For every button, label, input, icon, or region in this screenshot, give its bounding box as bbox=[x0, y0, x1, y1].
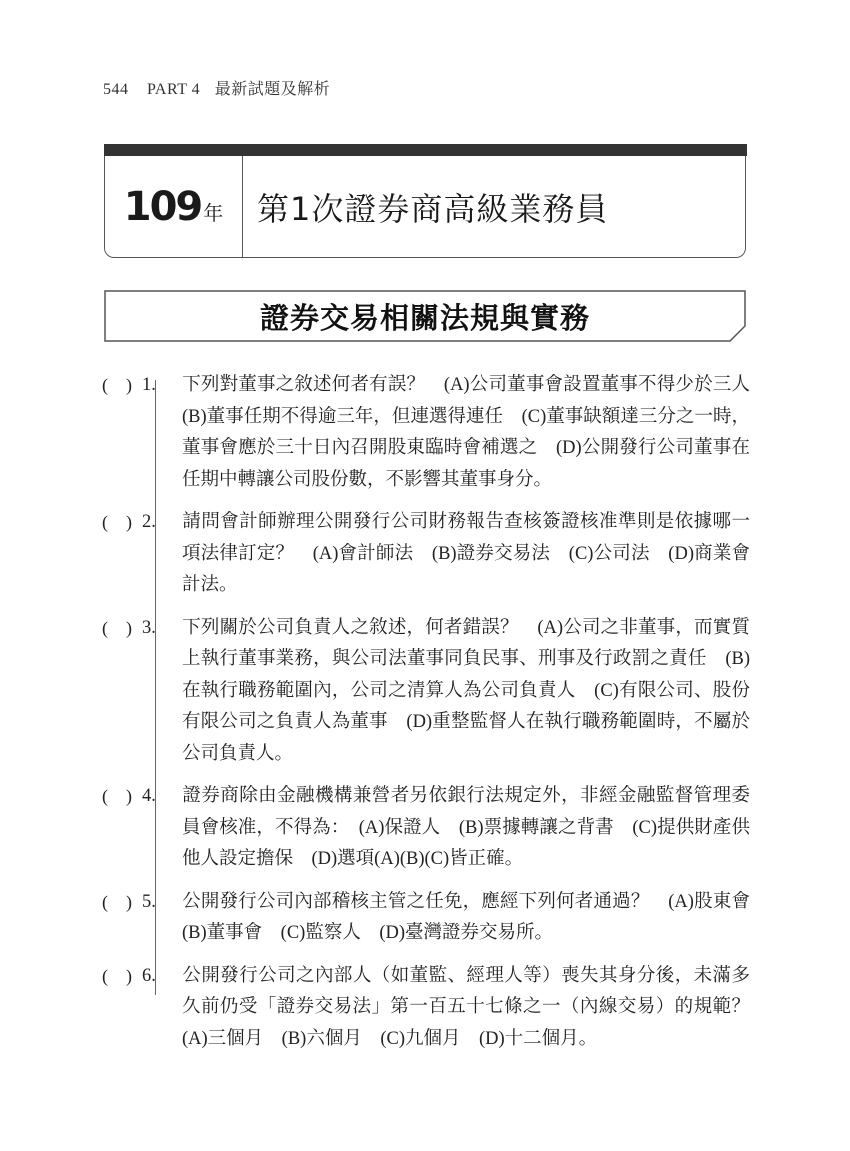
question-number: 5. bbox=[162, 887, 182, 919]
question-text: 證券商除由金融機構兼營者另依銀行法規定外，非經金融監督管理委員會核准，不得為： … bbox=[182, 786, 750, 869]
year-cell: 109 年 bbox=[105, 156, 243, 257]
question-text: 請問會計師辦理公開發行公司財務報告查核簽證核准準則是依據哪一項法律訂定？ (A)… bbox=[182, 512, 750, 595]
header-bar bbox=[104, 144, 747, 156]
question-item: ( ) 1.下列對董事之敘述何者有誤？ (A)公司董事會設置董事不得少於三人 (… bbox=[100, 370, 750, 496]
question-item: ( ) 5.公開發行公司內部稽核主管之任免，應經下列何者通過？ (A)股東會 (… bbox=[100, 887, 750, 950]
subject-title: 證券交易相關法規與實務 bbox=[104, 290, 746, 342]
question-number: 2. bbox=[162, 507, 182, 539]
running-head: 544 PART 4 最新試題及解析 bbox=[103, 76, 330, 99]
year-number: 109 bbox=[124, 184, 202, 230]
question-item: ( ) 3.下列關於公司負責人之敘述，何者錯誤？ (A)公司之非董事，而實質上執… bbox=[100, 613, 750, 771]
part-label: PART 4 bbox=[147, 81, 200, 98]
year-suffix: 年 bbox=[203, 197, 223, 226]
exam-name: 第1次證券商高級業務員 bbox=[257, 156, 608, 257]
question-number: 4. bbox=[162, 781, 182, 813]
question-number: 1. bbox=[162, 370, 182, 402]
question-number: 3. bbox=[162, 613, 182, 645]
page-number: 544 bbox=[103, 81, 129, 98]
question-number: 6. bbox=[162, 961, 182, 993]
question-item: ( ) 4.證券商除由金融機構兼營者另依銀行法規定外，非經金融監督管理委員會核准… bbox=[100, 781, 750, 876]
question-item: ( ) 6.公開發行公司之內部人（如董監、經理人等）喪失其身分後，未滿多久前仍受… bbox=[100, 961, 750, 1056]
question-text: 下列對董事之敘述何者有誤？ (A)公司董事會設置董事不得少於三人 (B)董事任期… bbox=[182, 375, 769, 490]
exam-header: 109 年 第1次證券商高級業務員 bbox=[104, 144, 746, 258]
question-text: 公開發行公司之內部人（如董監、經理人等）喪失其身分後，未滿多久前仍受「證券交易法… bbox=[182, 966, 769, 1049]
question-text: 下列關於公司負責人之敘述，何者錯誤？ (A)公司之非董事，而實質上執行董事業務，… bbox=[182, 618, 750, 764]
subject-banner: 證券交易相關法規與實務 bbox=[104, 290, 746, 342]
question-list: ( ) 1.下列對董事之敘述何者有誤？ (A)公司董事會設置董事不得少於三人 (… bbox=[100, 370, 750, 1066]
question-item: ( ) 2.請問會計師辦理公開發行公司財務報告查核簽證核准準則是依據哪一項法律訂… bbox=[100, 507, 750, 602]
section-label: 最新試題及解析 bbox=[215, 81, 331, 98]
question-text: 公開發行公司內部稽核主管之任免，應經下列何者通過？ (A)股東會 (B)董事會 … bbox=[182, 892, 769, 944]
